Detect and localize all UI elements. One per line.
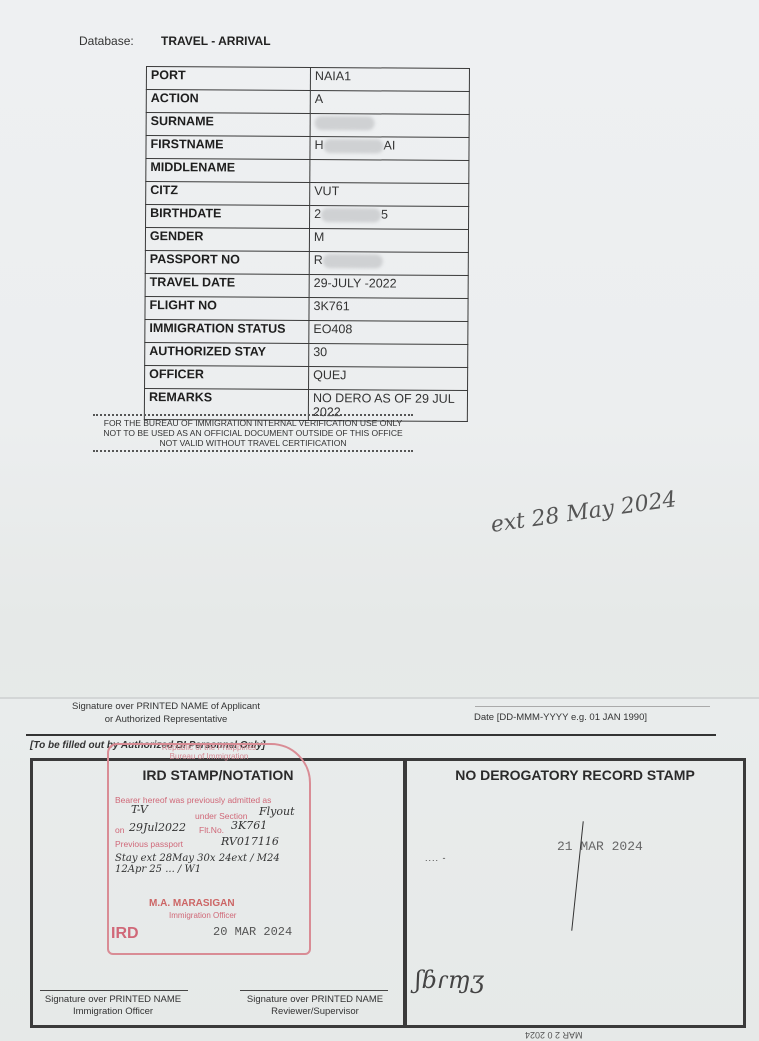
dotted-divider	[93, 450, 413, 452]
hw-status: T-V	[131, 803, 148, 816]
hw-notes: Stay ext 28May 30x 24ext / M24 12Apr 25 …	[115, 853, 305, 875]
record-label: SURNAME	[146, 113, 310, 137]
record-row: PASSPORT NOR	[145, 250, 468, 275]
record-value: 30	[309, 343, 468, 367]
record-value: 3K761	[309, 298, 468, 322]
record-row: PORTNAIA1	[146, 67, 469, 92]
record-value: VUT	[310, 183, 469, 207]
ird-box-title: IRD STAMP/NOTATION	[33, 767, 403, 783]
record-label: TRAVEL DATE	[145, 273, 309, 297]
record-label: FLIGHT NO	[145, 296, 309, 320]
applicant-signature-line2: or Authorized Representative	[66, 713, 266, 726]
reviewer-signature-line	[240, 990, 388, 991]
hw-flight: 3K761	[231, 819, 267, 832]
stamp-flt-label: Flt.No.	[199, 825, 224, 835]
stamp-officer-title: Immigration Officer	[169, 911, 236, 920]
record-value: 29-JULY -2022	[309, 275, 468, 299]
stamp-header: Republic of the Philippines Bureau of Im…	[109, 743, 309, 761]
record-row: GENDERM	[145, 228, 468, 253]
record-label: CITZ	[146, 182, 310, 206]
record-label: PORT	[146, 67, 310, 91]
record-row: BIRTHDATE25	[146, 205, 469, 230]
ndr-signature-stroke	[571, 821, 583, 931]
reviewer-signature-caption: Signature over PRINTED NAME Reviewer/Sup…	[240, 994, 390, 1018]
notice-line-3: NOT VALID WITHOUT TRAVEL CERTIFICATION	[93, 438, 413, 448]
notice-line-1: FOR THE BUREAU OF IMMIGRATION INTERNAL V…	[93, 418, 413, 428]
ndr-handwritten-signature: ʃɓɾɱʒ	[415, 966, 484, 994]
record-row: CITZVUT	[146, 182, 469, 207]
record-row: FIRSTNAMEHAI	[146, 136, 469, 161]
record-label: BIRTHDATE	[146, 205, 310, 229]
ird-mark: IRD	[111, 925, 139, 943]
stamp-previous-passport-label: Previous passport	[115, 839, 183, 849]
record-row: ACTIONA	[146, 90, 469, 115]
redaction-blur	[324, 139, 384, 153]
redaction-blur	[323, 254, 383, 268]
ird-stamp-date: 20 MAR 2024	[213, 925, 292, 939]
record-value: EO408	[309, 321, 468, 345]
record-label: GENDER	[145, 228, 309, 252]
stamp-officer-name: M.A. MARASIGAN	[149, 898, 235, 909]
record-label: OFFICER	[145, 365, 309, 389]
record-row: SURNAME	[146, 113, 469, 138]
applicant-signature-line1: Signature over PRINTED NAME of Applicant	[66, 700, 266, 713]
record-value: HAI	[310, 137, 469, 161]
record-value: 25	[310, 206, 469, 230]
section-divider	[26, 734, 716, 736]
applicant-signature-caption: Signature over PRINTED NAME of Applicant…	[66, 700, 266, 726]
hw-section: Flyout	[259, 805, 295, 818]
record-label: AUTHORIZED STAY	[145, 342, 309, 366]
record-value	[310, 114, 469, 138]
record-value: A	[310, 91, 469, 115]
ndr-stamp-date: 21 MAR 2024	[557, 839, 643, 854]
record-value: QUEJ	[309, 366, 468, 390]
hw-date: 29Jul2022	[129, 821, 186, 834]
database-label: Database:	[79, 34, 134, 48]
record-label: MIDDLENAME	[146, 159, 310, 183]
record-value	[310, 160, 469, 184]
record-label: ACTION	[146, 90, 310, 114]
record-row: IMMIGRATION STATUSEO408	[145, 319, 468, 344]
dotted-divider	[93, 414, 413, 416]
record-value: M	[309, 229, 468, 253]
record-label: PASSPORT NO	[145, 250, 309, 274]
travel-record-table: PORTNAIA1ACTIONASURNAMEFIRSTNAMEHAIMIDDL…	[144, 66, 470, 422]
handwritten-extension-note: ext 28 May 2024	[489, 487, 678, 538]
date-format-hint: Date [DD-MMM-YYYY e.g. 01 JAN 1990]	[474, 712, 647, 723]
record-label: FIRSTNAME	[146, 136, 310, 160]
mirrored-stamp-bleed: MAR 2 0 2024	[525, 1030, 583, 1040]
record-row: FLIGHT NO3K761	[145, 296, 468, 321]
database-value: TRAVEL - ARRIVAL	[161, 34, 271, 48]
notice-line-2: NOT TO BE USED AS AN OFFICIAL DOCUMENT O…	[93, 428, 413, 438]
date-input-boxes[interactable]	[475, 698, 710, 707]
officer-signature-caption: Signature over PRINTED NAME Immigration …	[38, 994, 188, 1018]
ndr-dash-marks: .... -	[425, 853, 447, 863]
record-row: MIDDLENAME	[146, 159, 469, 184]
record-label: IMMIGRATION STATUS	[145, 319, 309, 343]
redaction-blur	[321, 208, 381, 222]
record-row: AUTHORIZED STAY30	[145, 342, 468, 367]
hw-passport: RV017116	[221, 835, 279, 848]
record-value: R	[309, 252, 468, 276]
record-value: NAIA1	[310, 68, 469, 92]
ird-stamp-box: Republic of the Philippines Bureau of Im…	[30, 758, 406, 1028]
record-row: TRAVEL DATE29-JULY -2022	[145, 273, 468, 298]
verification-notice: FOR THE BUREAU OF IMMIGRATION INTERNAL V…	[93, 412, 413, 454]
record-row: OFFICERQUEJ	[145, 365, 468, 390]
stamp-on-label: on	[115, 825, 124, 835]
ndr-box-title: NO DEROGATORY RECORD STAMP	[407, 767, 743, 783]
ndr-stamp-box: NO DEROGATORY RECORD STAMP .... - 21 MAR…	[404, 758, 746, 1028]
redaction-blur	[315, 116, 375, 130]
officer-signature-line	[40, 990, 188, 991]
